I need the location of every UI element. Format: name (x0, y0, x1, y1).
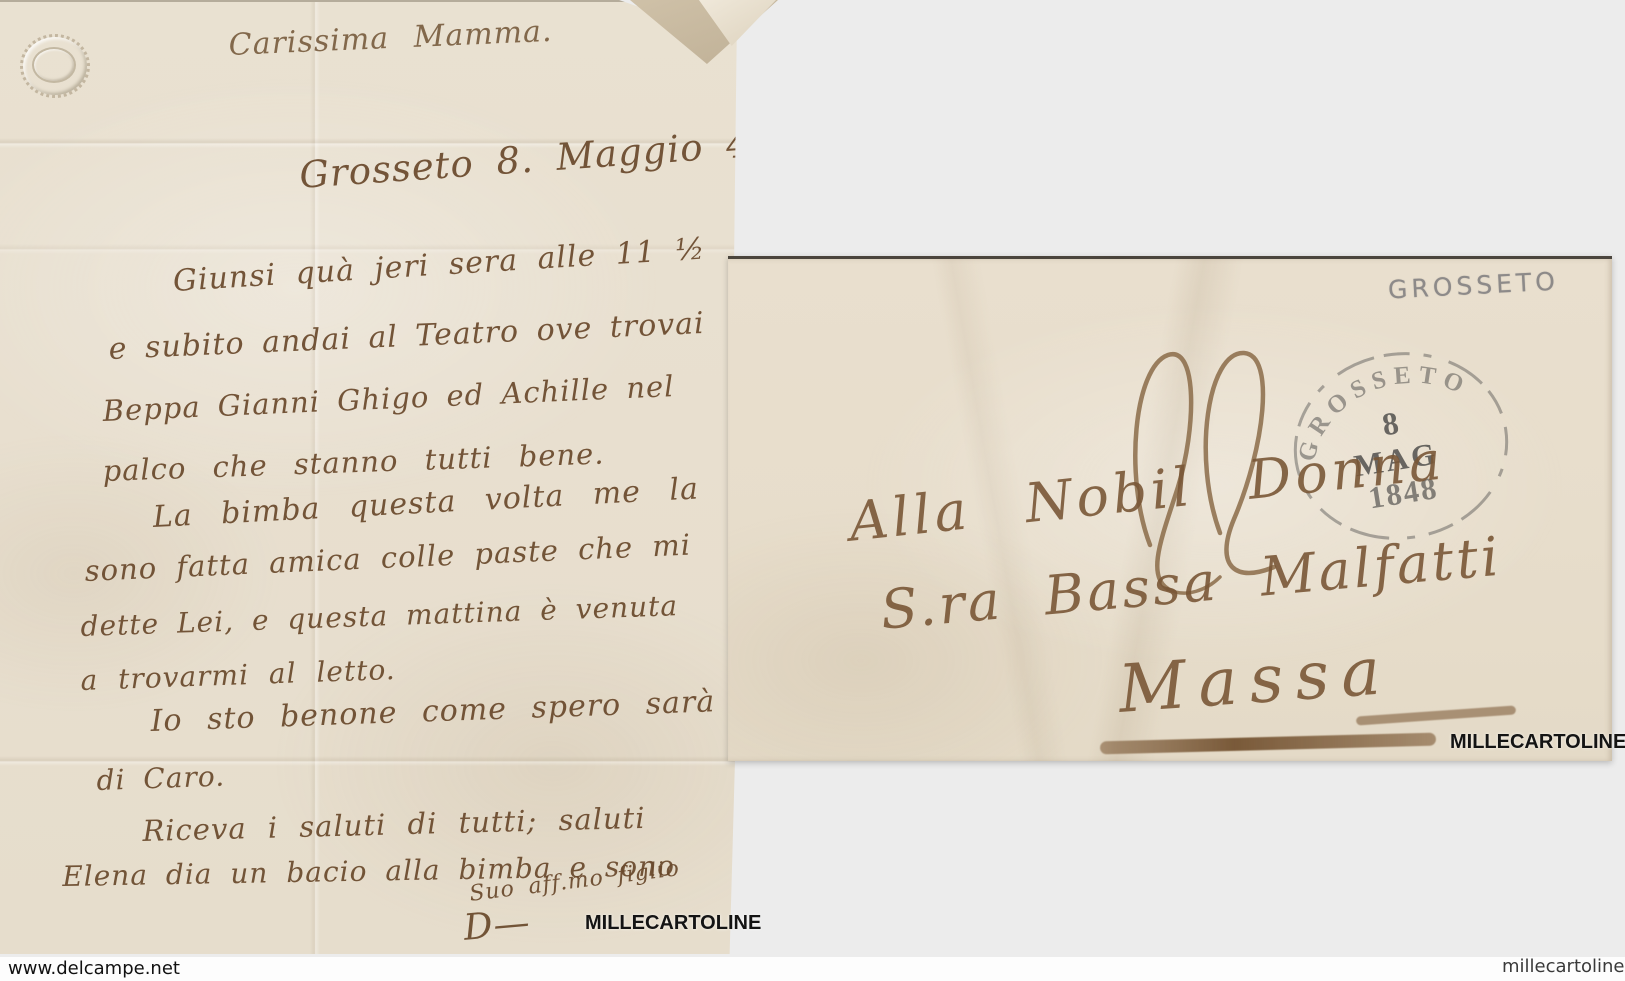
cover-address-side: GROSSETO GROSSETO 8 MAG 1848 Alla Nobi (728, 256, 1612, 761)
letter-line: a trovarmi al letto. (80, 653, 396, 697)
letter-line: Riceva i saluti di tutti; saluti (142, 801, 646, 848)
letter-line: di Caro. (96, 760, 226, 797)
letter-line: Io sto benone come spero sarà (150, 684, 716, 739)
footer-delcampe-url: www.delcampe.net (8, 958, 180, 979)
pencil-annotation-grosseto: GROSSETO (1387, 267, 1559, 305)
watermark-millecartoline-left: MILLECARTOLINE (585, 912, 761, 935)
letter-signature: D— (462, 902, 532, 949)
address-underline-stroke (1100, 733, 1436, 755)
letter-sheet: Carissima Mamma. Grosseto 8. Maggio 48..… (0, 0, 737, 954)
letter-line: dette Lei, e questa mattina è venuta (80, 589, 679, 643)
embossed-seal (20, 34, 90, 98)
letter-dateline: Grosseto 8. Maggio 48... (298, 118, 815, 197)
letter-salutation: Carissima Mamma. (228, 14, 553, 63)
footer-strip (0, 957, 1625, 981)
address-line-destination: Massa (1116, 632, 1395, 728)
watermark-millecartoline-right: MILLECARTOLINE (1450, 731, 1625, 754)
letter-line: Giunsi quà jeri sera alle 11 ½ (172, 231, 706, 298)
letter-line: Beppa Gianni Ghigo ed Achille nel (102, 369, 675, 428)
letter-line: e subito andai al Teatro ove trovai (108, 306, 705, 367)
letter-line: sono fatta amica colle paste che mi (84, 528, 692, 588)
scan-composite: Carissima Mamma. Grosseto 8. Maggio 48..… (0, 0, 1625, 981)
footer-millecartoline-label: millecartoline (1502, 956, 1625, 977)
